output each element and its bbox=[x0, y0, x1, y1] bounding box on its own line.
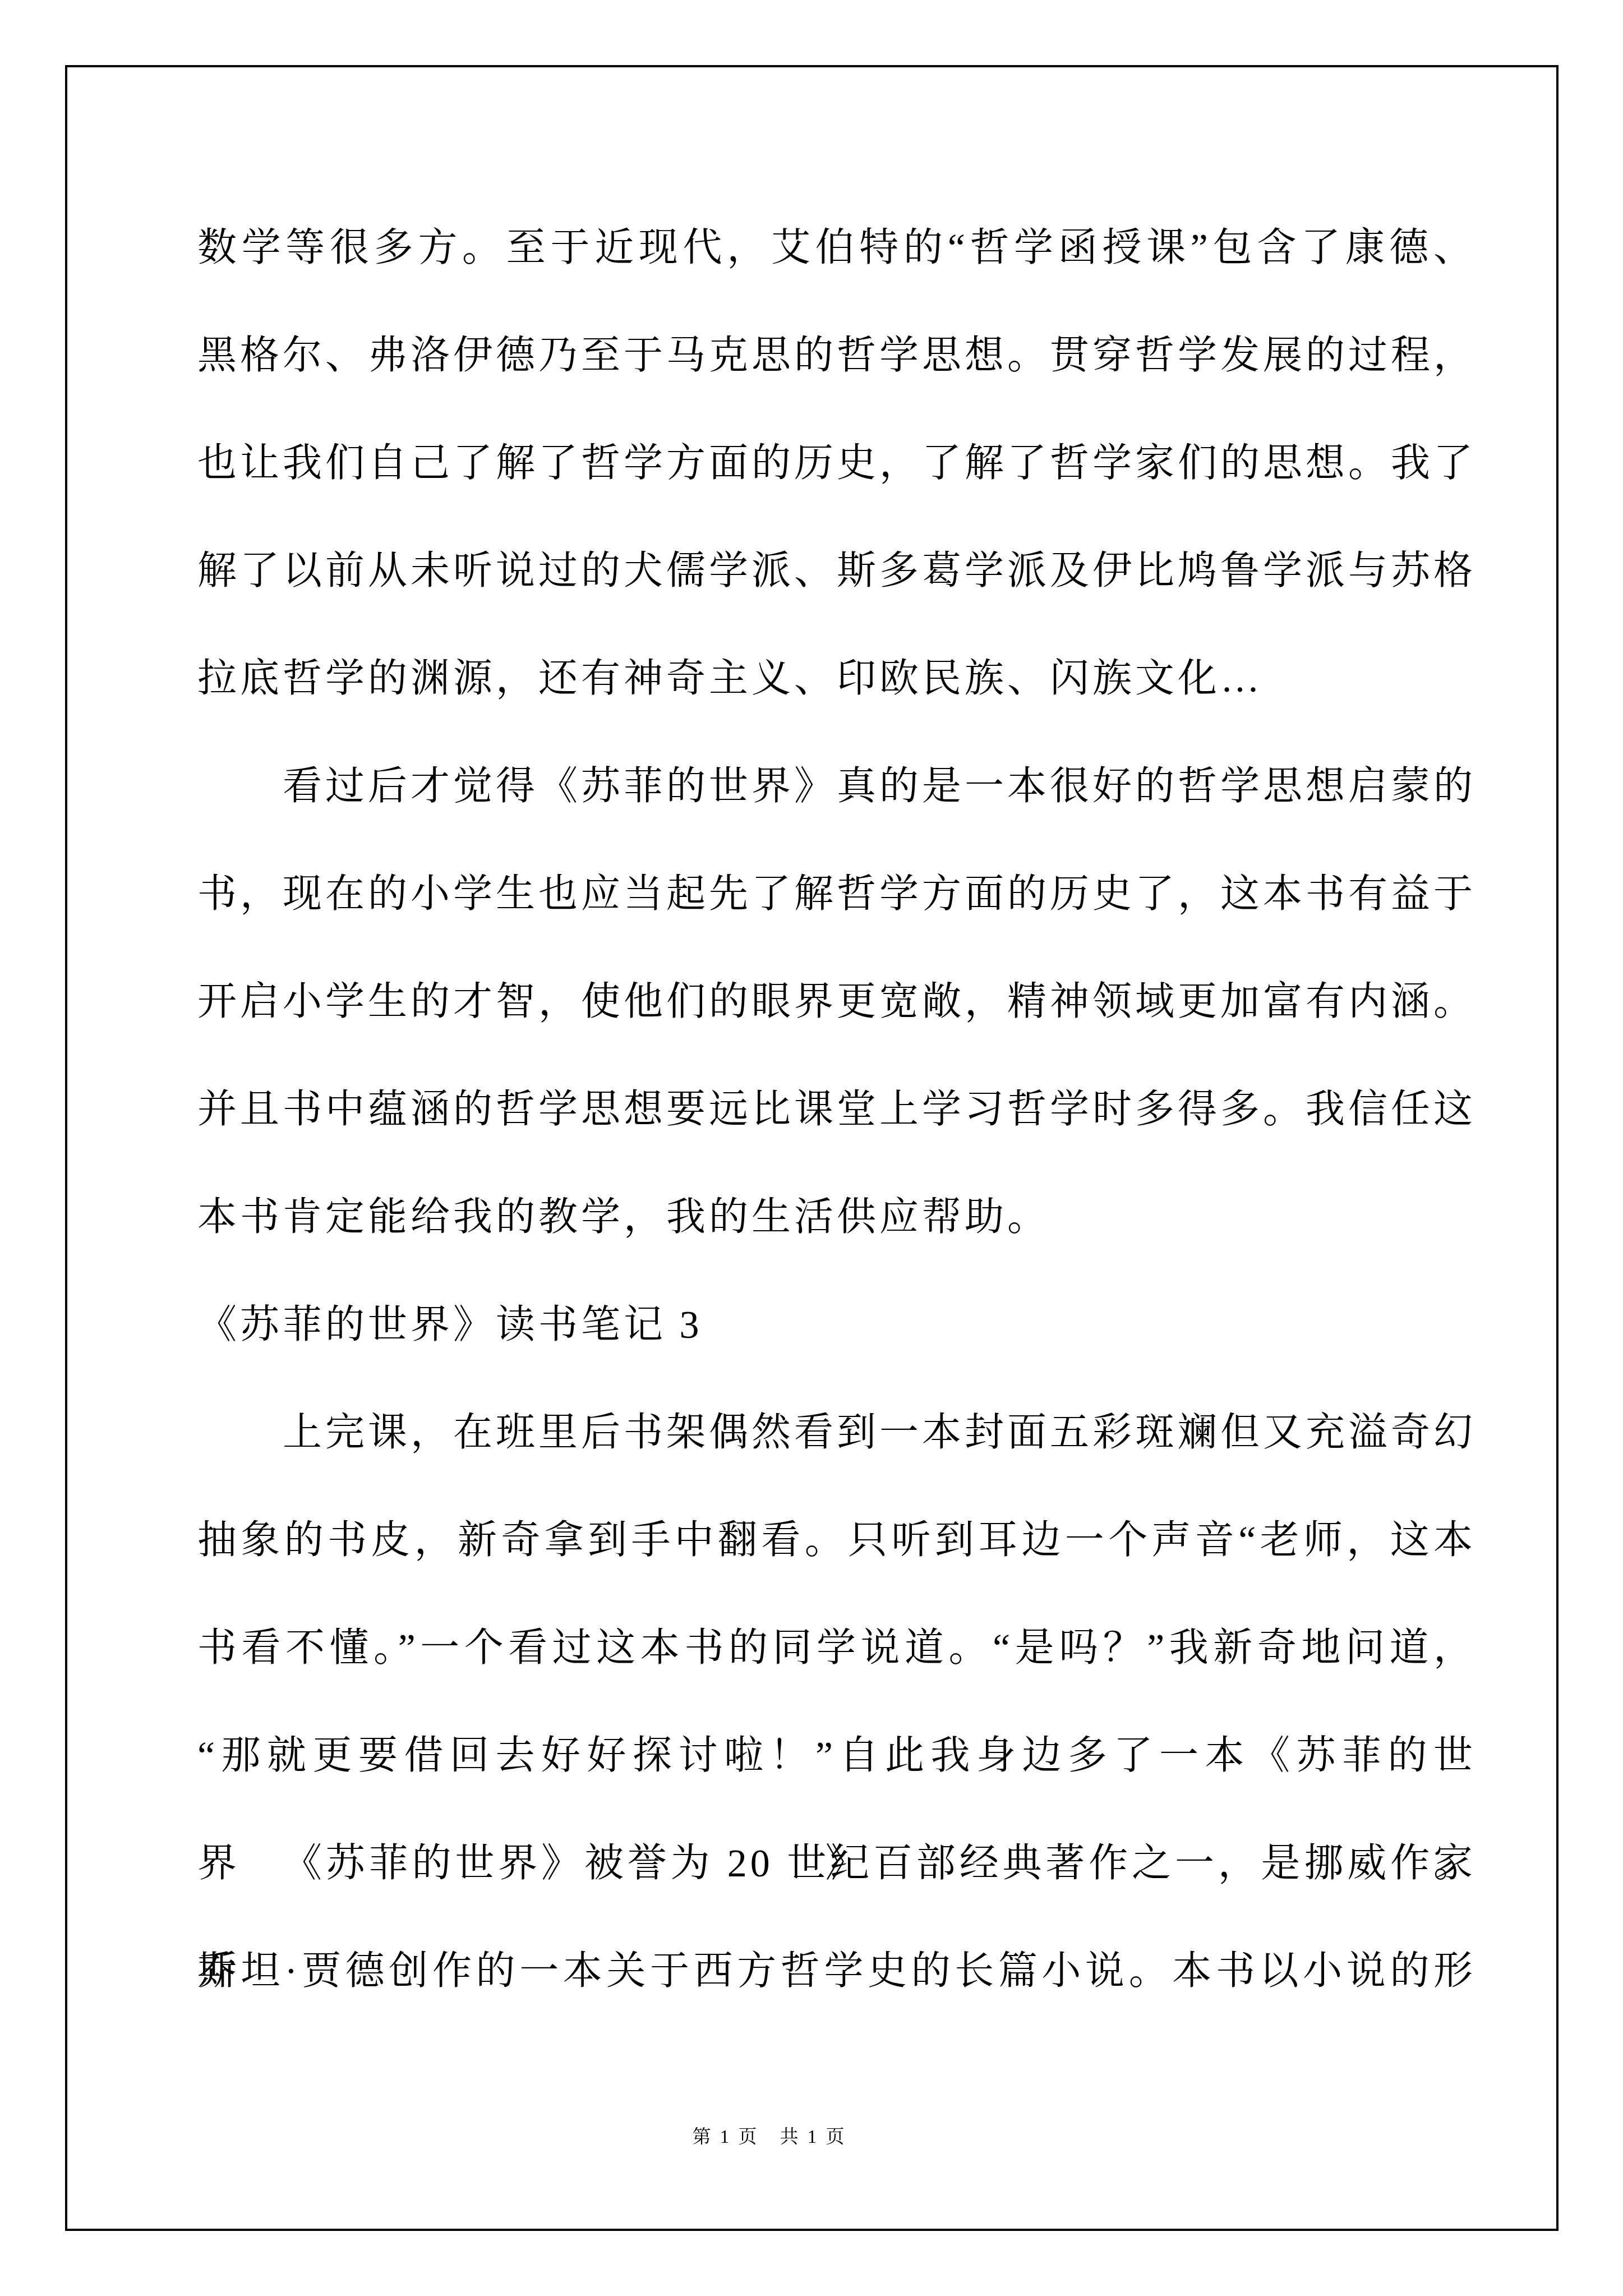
text-line: 《苏菲的世界》被誉为 20 世纪百部经典著作之一，是挪威作家乔 bbox=[197, 1810, 1476, 1918]
page-footer: 第 1 页 共 1 页 bbox=[0, 2125, 1623, 2150]
document-page: 数学等很多方。至于近现代，艾伯特的“哲学函授课”包含了康德、黑格尔、弗洛伊德乃至… bbox=[0, 0, 1623, 2296]
text-line: 抽象的书皮，新奇拿到手中翻看。只听到耳边一个声音“老师，这本 bbox=[197, 1487, 1476, 1595]
text-line: 本书肯定能给我的教学，我的生活供应帮助。 bbox=[197, 1164, 1476, 1272]
text-line: 也让我们自己了解了哲学方面的历史，了解了哲学家们的思想。我了 bbox=[197, 410, 1476, 518]
text-line: 上完课，在班里后书架偶然看到一本封面五彩斑斓但又充溢奇幻 bbox=[197, 1379, 1476, 1487]
text-line: 拉底哲学的渊源，还有神奇主义、印欧民族、闪族文化… bbox=[197, 625, 1476, 733]
text-line: 开启小学生的才智，使他们的眼界更宽敞，精神领域更加富有内涵。 bbox=[197, 949, 1476, 1056]
text-line: 黑格尔、弗洛伊德乃至于马克思的哲学思想。贯穿哲学发展的过程， bbox=[197, 302, 1476, 410]
document-body: 数学等很多方。至于近现代，艾伯特的“哲学函授课”包含了康德、黑格尔、弗洛伊德乃至… bbox=[197, 195, 1476, 2026]
text-line: “那就更要借回去好好探讨啦！”自此我身边多了一本《苏菲的世界》。 bbox=[197, 1703, 1476, 1810]
text-line: 书看不懂。”一个看过这本书的同学说道。“是吗？”我新奇地问道， bbox=[197, 1595, 1476, 1703]
text-line: 数学等很多方。至于近现代，艾伯特的“哲学函授课”包含了康德、 bbox=[197, 195, 1476, 302]
page-indicator: 第 1 页 共 1 页 bbox=[693, 2127, 847, 2147]
text-line: 书，现在的小学生也应当起先了解哲学方面的历史了，这本书有益于 bbox=[197, 841, 1476, 949]
text-line: 斯坦·贾德创作的一本关于西方哲学史的长篇小说。本书以小说的形 bbox=[197, 1918, 1476, 2026]
text-line: 看过后才觉得《苏菲的世界》真的是一本很好的哲学思想启蒙的 bbox=[197, 733, 1476, 841]
text-line: 解了以前从未听说过的犬儒学派、斯多葛学派及伊比鸠鲁学派与苏格 bbox=[197, 518, 1476, 625]
section-heading: 《苏菲的世界》读书笔记 3 bbox=[197, 1272, 1476, 1379]
text-line: 并且书中蕴涵的哲学思想要远比课堂上学习哲学时多得多。我信任这 bbox=[197, 1056, 1476, 1164]
